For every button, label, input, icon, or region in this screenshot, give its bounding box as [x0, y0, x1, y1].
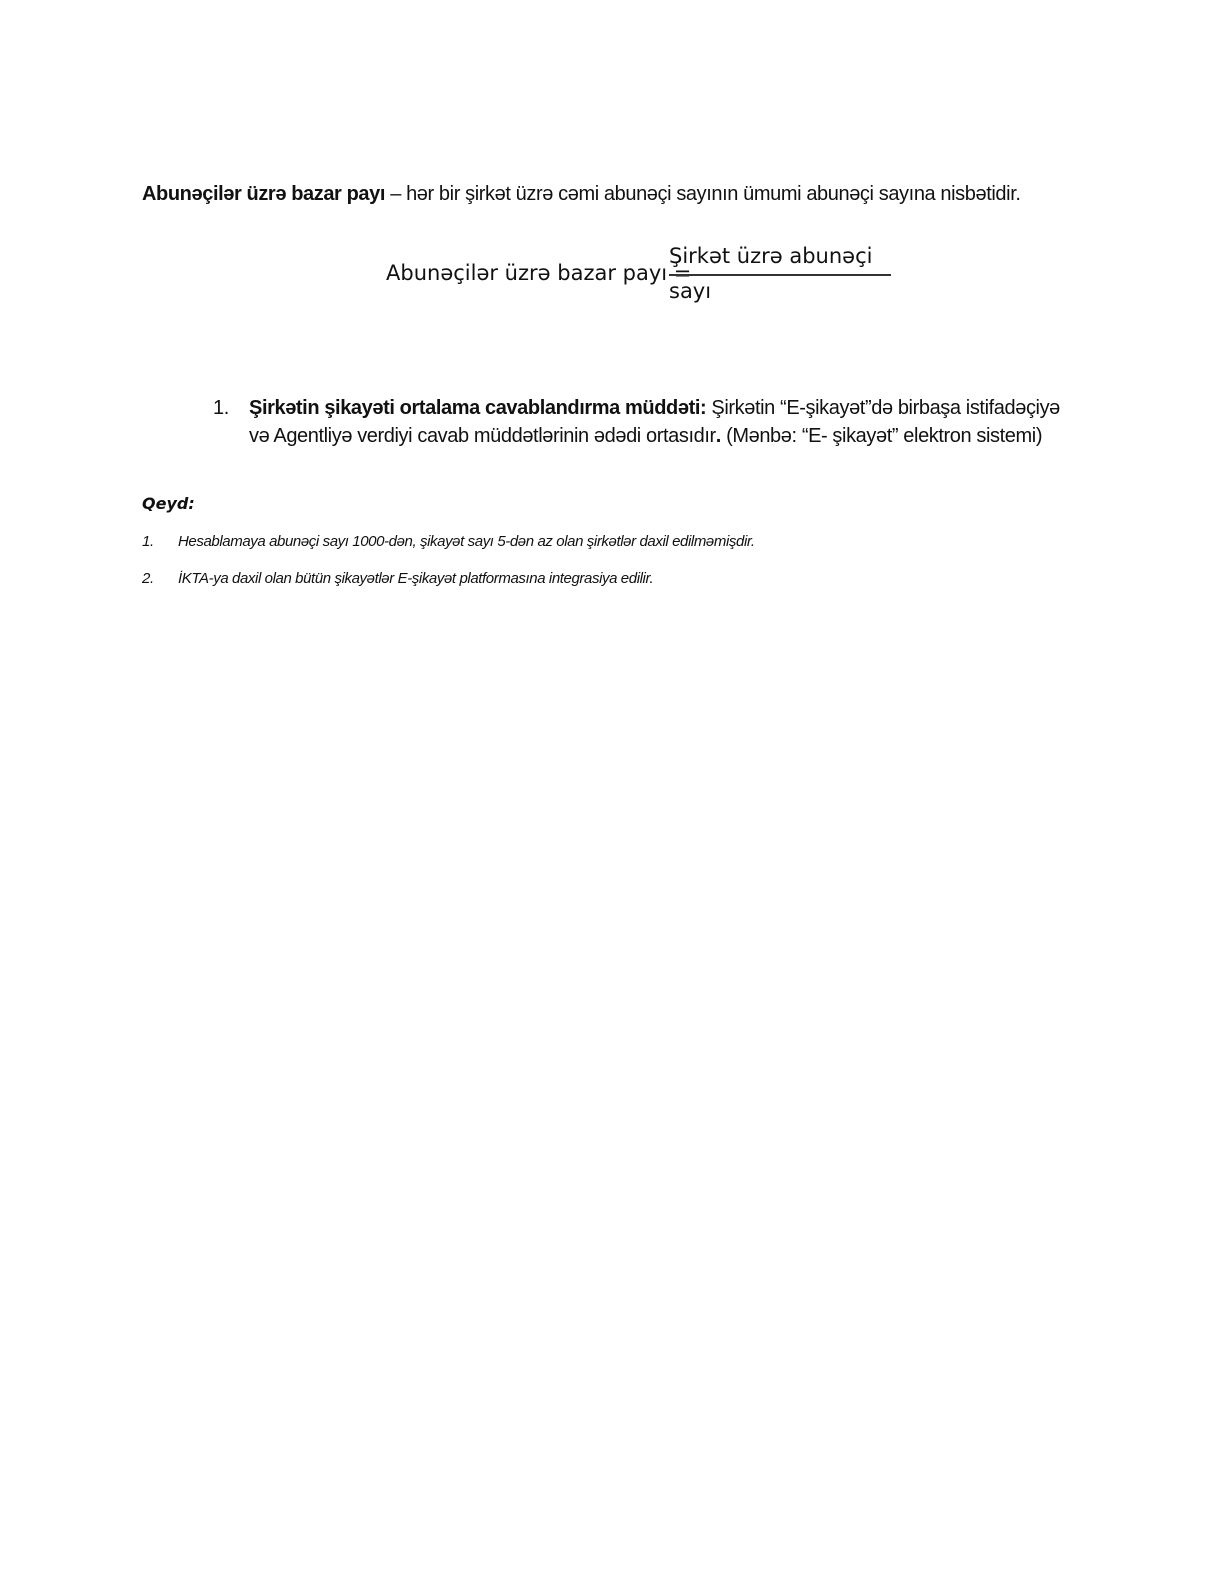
document-page: Abunəçilər üzrə bazar payı – hər bir şir…: [0, 0, 1224, 1584]
numbered-list-item: 1. Şirkətin şikayəti ortalama cavablandı…: [213, 394, 1073, 450]
note-item-text: Hesablamaya abunəçi sayı 1000-dən, şikay…: [178, 533, 755, 550]
note-item-number: 2.: [142, 570, 154, 587]
formula-numerator: Şirkət üzrə abunəçi: [669, 244, 872, 268]
list-item-source: (Mənbə: “E- şikayət” elektron sistemi): [721, 425, 1042, 447]
definition-description: – hər bir şirkət üzrə cəmi abunəçi sayın…: [385, 183, 1020, 205]
market-share-formula: Abunəçilər üzrə bazar payı = Şirkət üzrə…: [386, 244, 906, 308]
note-item-text: İKTA-ya daxil olan bütün şikayətlər E-şi…: [178, 570, 653, 587]
formula-lhs: Abunəçilər üzrə bazar payı =: [386, 261, 691, 285]
list-item-number: 1.: [213, 394, 229, 422]
definition-term: Abunəçilər üzrə bazar payı: [142, 183, 385, 205]
note-title: Qeyd:: [142, 494, 195, 513]
list-item-text: Şirkətin şikayəti ortalama cavablandırma…: [240, 394, 1073, 450]
fraction-bar: [669, 274, 891, 276]
definition-paragraph: Abunəçilər üzrə bazar payı – hər bir şir…: [142, 180, 1021, 208]
list-item-term: Şirkətin şikayəti ortalama cavablandırma…: [249, 397, 706, 419]
formula-denominator: sayı: [669, 279, 711, 303]
note-item-number: 1.: [142, 533, 154, 550]
